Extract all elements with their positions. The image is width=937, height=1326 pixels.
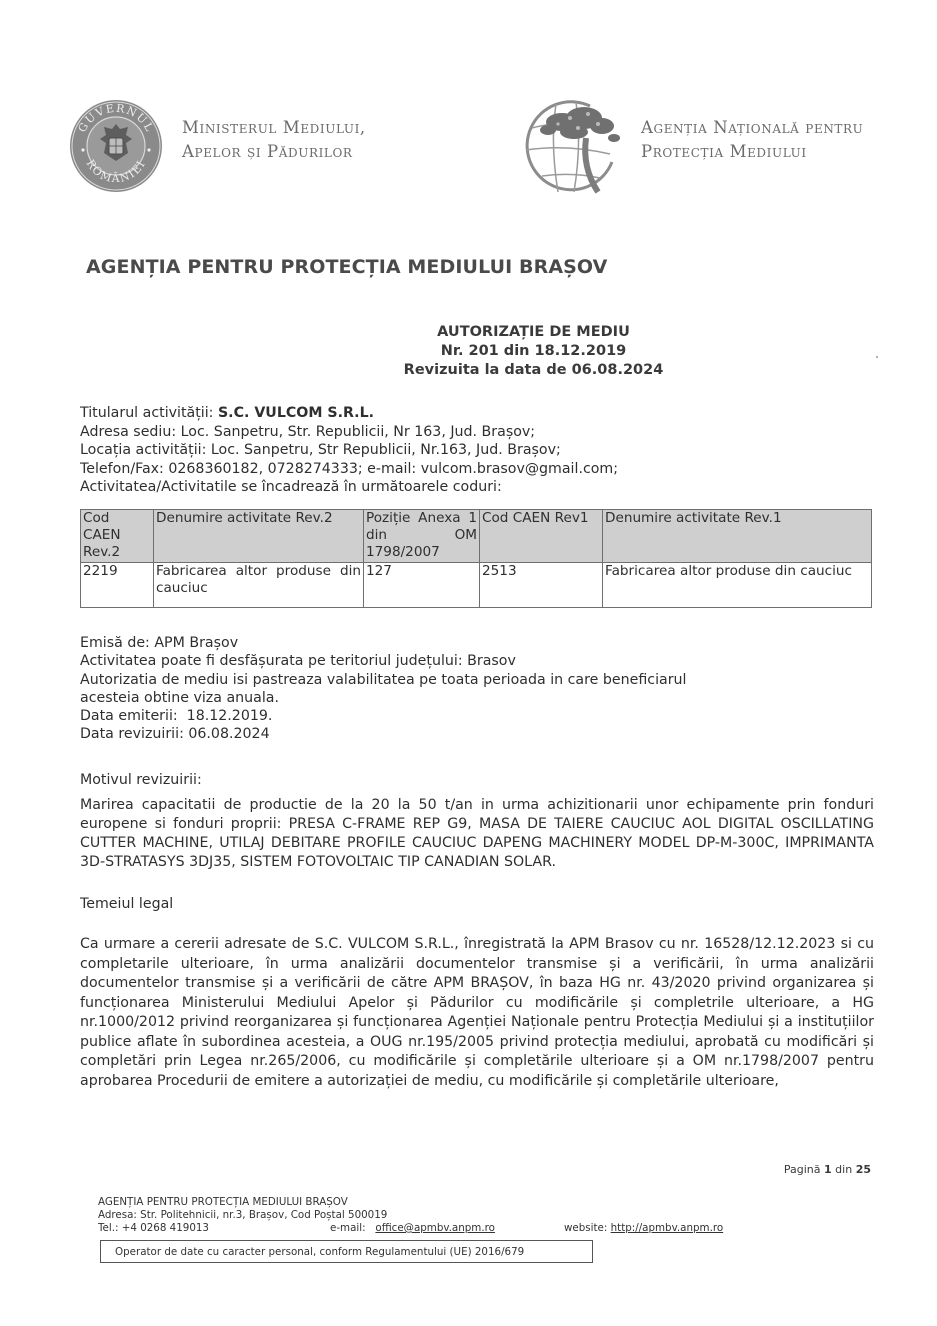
globe-tree-icon [512, 88, 632, 198]
issue-date: Data emiterii: 18.12.2019. [80, 707, 870, 725]
authorization-meta: Emisă de: APM Brașov Activitatea poate f… [80, 634, 870, 744]
document-number: Nr. 201 din 18.12.2019 [0, 342, 937, 361]
header-cod-caen-rev1: Cod CAEN Rev1 [480, 510, 603, 563]
holder-name: S.C. VULCOM S.R.L. [218, 405, 374, 421]
revision-date: Data revizuirii: 06.08.2024 [80, 725, 870, 743]
agency-title: AGENȚIA PENTRU PROTECȚIA MEDIULUI BRAȘOV [86, 256, 607, 278]
cell-denumire-rev2: Fabricarea altor produse din cauciuc [154, 563, 364, 608]
issued-by: Emisă de: APM Brașov [80, 634, 870, 652]
footer-email-link[interactable]: office@apmbv.anpm.ro [375, 1222, 495, 1234]
header-pozitie-anexa: Poziție Anexa 1 din OM 1798/2007 [364, 510, 480, 563]
caen-codes-table: Cod CAEN Rev.2 Denumire activitate Rev.2… [80, 509, 872, 608]
territory: Activitatea poate fi desfășurata pe teri… [80, 652, 870, 670]
cell-pozitie-anexa: 127 [364, 563, 480, 608]
footer-website-link[interactable]: http://apmbv.anpm.ro [611, 1222, 724, 1234]
cell-cod-caen-rev1: 2513 [480, 563, 603, 608]
footer-contact-row: Tel.: +4 0268 419013 e-mail: office@apmb… [98, 1222, 798, 1235]
document-revision: Revizuita la data de 06.08.2024 [0, 361, 937, 380]
legal-basis-text: Ca urmare a cererii adresate de S.C. VUL… [80, 935, 874, 1091]
footer-address: Adresa: Str. Politehnicii, nr.3, Brașov,… [98, 1209, 798, 1222]
revision-reason-text: Marirea capacitatii de productie de la 2… [80, 796, 874, 872]
footer-website: website: http://apmbv.anpm.ro [564, 1222, 723, 1235]
anpm-name-line1: Agenția Națională pentru [641, 116, 863, 140]
page-total: 25 [856, 1163, 871, 1176]
codes-intro: Activitatea/Activitatile se încadrează î… [80, 478, 618, 497]
ministry-name-line1: Ministerul Mediului, [182, 116, 366, 140]
holder-label: Titularul activității: [80, 405, 218, 421]
page-separator: din [832, 1163, 856, 1176]
footer-phone: Tel.: +4 0268 419013 [98, 1222, 209, 1235]
validity-line2: acesteia obtine viza anuala. [80, 689, 870, 707]
header-cod-caen-rev2: Cod CAEN Rev.2 [81, 510, 154, 563]
header-denumire-rev2: Denumire activitate Rev.2 [154, 510, 364, 563]
header-text: Rev.2 [83, 544, 120, 560]
scan-speck [876, 356, 878, 358]
activity-location: Locația activității: Loc. Sanpetru, Str … [80, 441, 618, 460]
government-seal-logo: GUVERNUL ROMÂNIEI [68, 98, 164, 194]
cell-denumire-rev1: Fabricarea altor produse din cauciuc [603, 563, 872, 608]
header-text: din [366, 527, 387, 544]
header-denumire-rev1: Denumire activitate Rev.1 [603, 510, 872, 563]
validity-line1: Autorizatia de mediu isi pastreaza valab… [80, 671, 870, 689]
header-text-line: din OM [366, 527, 477, 544]
table-row: 2219 Fabricarea altor produse din cauciu… [81, 563, 872, 608]
footer-agency: AGENȚIA PENTRU PROTECȚIA MEDIULUI BRAȘOV [98, 1196, 798, 1209]
contact-info: Telefon/Fax: 0268360182, 0728274333; e-m… [80, 460, 618, 479]
page-current: 1 [824, 1163, 832, 1176]
holder-info: Titularul activității: S.C. VULCOM S.R.L… [80, 404, 618, 497]
header-text: OM [455, 527, 477, 544]
anpm-name: Agenția Națională pentru Protecția Mediu… [641, 116, 863, 164]
document-title-block: AUTORIZAȚIE DE MEDIU Nr. 201 din 18.12.2… [0, 323, 937, 380]
page-number: Pagină 1 din 25 [784, 1163, 871, 1176]
header-text: Poziție Anexa 1 [366, 510, 477, 527]
legal-basis-label: Temeiul legal [80, 896, 173, 912]
footer-email: e-mail: office@apmbv.anpm.ro [330, 1222, 495, 1235]
table-header-row: Cod CAEN Rev.2 Denumire activitate Rev.2… [81, 510, 872, 563]
header-text: 1798/2007 [366, 544, 440, 560]
cell-text: Fabricarea altor produse din [156, 563, 361, 580]
anpm-logo [512, 88, 632, 198]
anpm-name-line2: Protecția Mediului [641, 140, 863, 164]
revision-reason-label: Motivul revizuirii: [80, 772, 202, 788]
cell-text: cauciuc [156, 580, 208, 596]
footer: AGENȚIA PENTRU PROTECȚIA MEDIULUI BRAȘOV… [98, 1196, 798, 1235]
email-label: e-mail: [330, 1222, 369, 1234]
header-text: Cod CAEN [83, 510, 151, 544]
page-prefix: Pagină [784, 1163, 824, 1176]
government-seal-icon: GUVERNUL ROMÂNIEI [68, 98, 164, 194]
document-title: AUTORIZAȚIE DE MEDIU [0, 323, 937, 342]
gdpr-notice: Operator de date cu caracter personal, c… [100, 1240, 593, 1263]
ministry-name-line2: Apelor și Pădurilor [182, 140, 366, 164]
website-label: website: [564, 1222, 611, 1234]
ministry-name: Ministerul Mediului, Apelor și Pădurilor [182, 116, 366, 164]
holder-line: Titularul activității: S.C. VULCOM S.R.L… [80, 404, 618, 423]
headquarters-address: Adresa sediu: Loc. Sanpetru, Str. Republ… [80, 423, 618, 442]
cell-cod-caen-rev2: 2219 [81, 563, 154, 608]
